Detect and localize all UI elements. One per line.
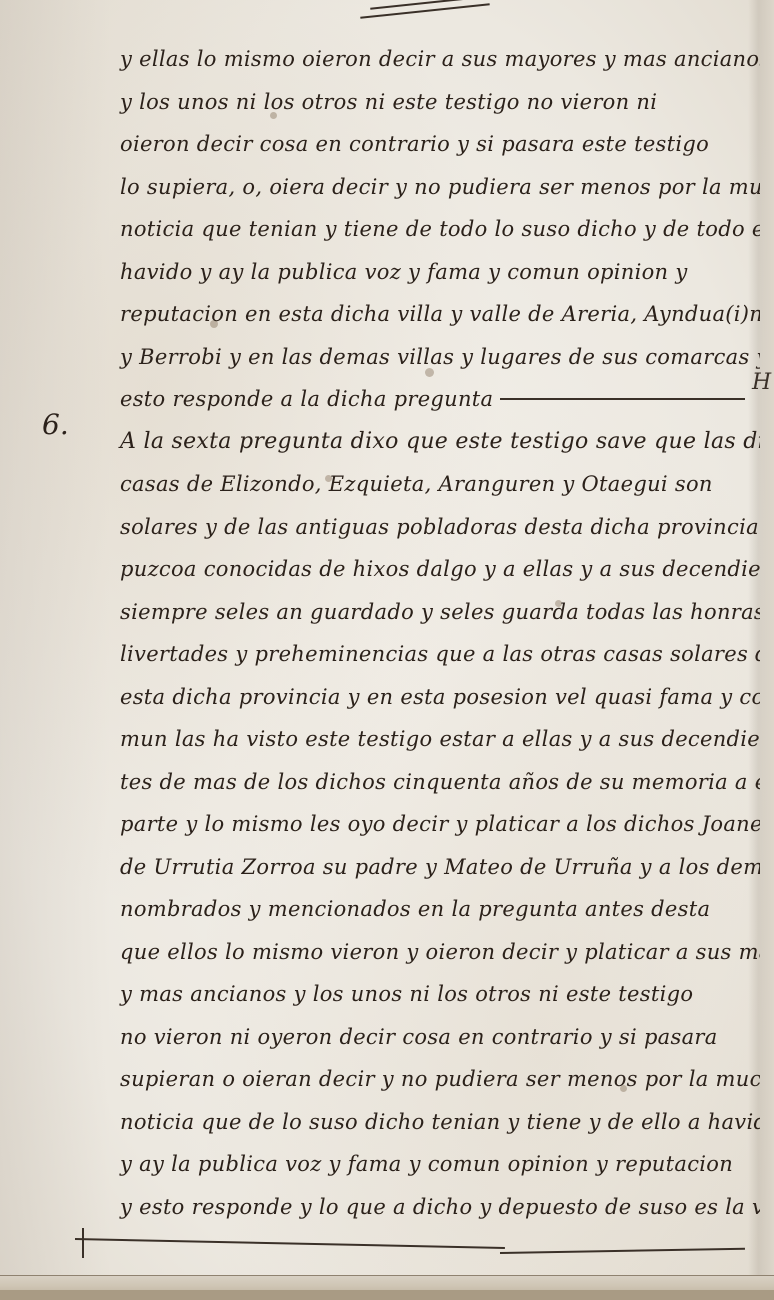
- text-line: lo supiera, o, oiera decir y no pudiera …: [80, 166, 760, 209]
- text-line: livertades y preheminencias que a las ot…: [80, 633, 760, 676]
- top-pen-strokes: [360, 0, 500, 18]
- text-line: esta dicha provincia y en esta posesion …: [80, 676, 760, 719]
- closing-rule: [75, 1238, 505, 1249]
- text-line: solares y de las antiguas pobladoras des…: [80, 506, 760, 549]
- text-line: havido y ay la publica voz y fama y comu…: [80, 251, 760, 294]
- manuscript-text: y ellas lo mismo oieron decir a sus mayo…: [80, 38, 760, 1228]
- text-line: noticia que de lo suso dicho tenian y ti…: [80, 1101, 760, 1144]
- text-line-question-six: A la sexta pregunta dixo que este testig…: [80, 421, 760, 464]
- end-of-answer-rule: [500, 398, 745, 400]
- text-line: supieran o oieran decir y no pudiera ser…: [80, 1058, 760, 1101]
- text-line: de Urrutia Zorroa su padre y Mateo de Ur…: [80, 846, 760, 889]
- text-line: puzcoa conocidas de hixos dalgo y a ella…: [80, 548, 760, 591]
- page-bottom-edge-shadow: [0, 1290, 774, 1300]
- text-line: reputacion en esta dicha villa y valle d…: [80, 293, 760, 336]
- text-line: oieron decir cosa en contrario y si pasa…: [80, 123, 760, 166]
- cross-mark: [76, 1228, 90, 1258]
- text-line: casas de Elizondo, Ezquieta, Aranguren y…: [80, 463, 760, 506]
- manuscript-page: 6. H y ellas lo mismo oieron decir a sus…: [0, 0, 774, 1300]
- text-line: y ay la publica voz y fama y comun opini…: [80, 1143, 760, 1186]
- text-line: y ellas lo mismo oieron decir a sus mayo…: [80, 38, 760, 81]
- text-line: y mas ancianos y los unos ni los otros n…: [80, 973, 760, 1016]
- text-line: no vieron ni oyeron decir cosa en contra…: [80, 1016, 760, 1059]
- text-line: noticia que tenian y tiene de todo lo su…: [80, 208, 760, 251]
- text-line: y esto responde y lo que a dicho y depue…: [80, 1186, 760, 1229]
- text-line: tes de mas de los dichos cinquenta años …: [80, 761, 760, 804]
- text-line: mun las ha visto este testigo estar a el…: [80, 718, 760, 761]
- text-line: y los unos ni los otros ni este testigo …: [80, 81, 760, 124]
- closing-rule: [500, 1248, 745, 1254]
- text-line: que ellos lo mismo vieron y oieron decir…: [80, 931, 760, 974]
- question-number: 6.: [42, 408, 69, 441]
- text-line: y Berrobi y en las demas villas y lugare…: [80, 336, 760, 379]
- text-line: siempre seles an guardado y seles guarda…: [80, 591, 760, 634]
- text-line: parte y lo mismo les oyo decir y platica…: [80, 803, 760, 846]
- text-line: nombrados y mencionados en la pregunta a…: [80, 888, 760, 931]
